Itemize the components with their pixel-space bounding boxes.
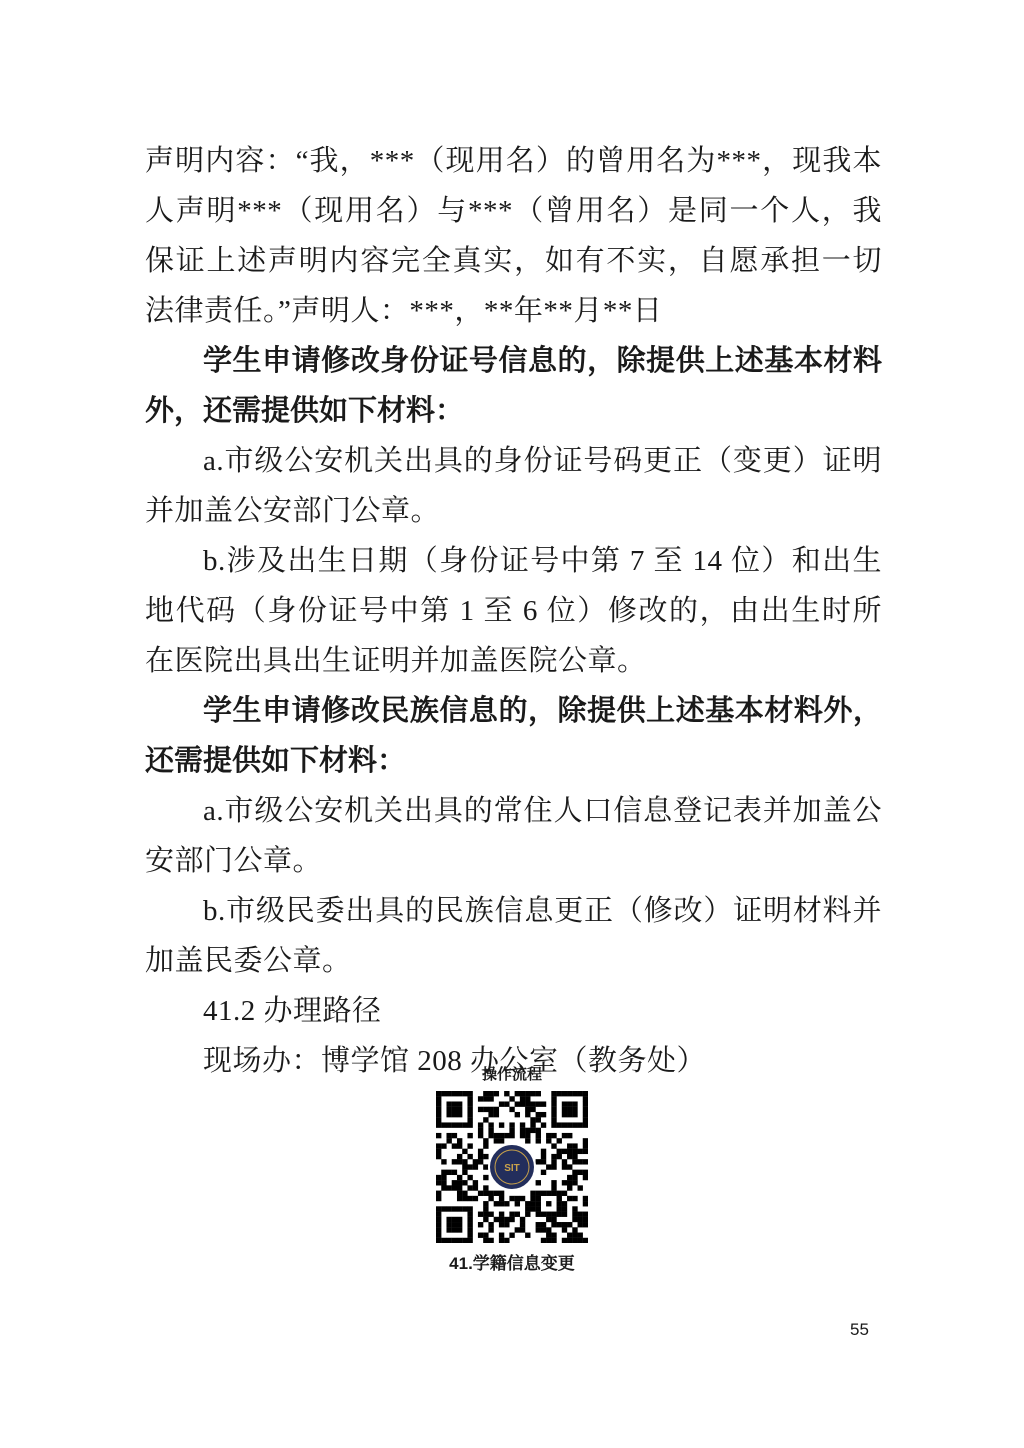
svg-text:SIT: SIT — [504, 1163, 520, 1174]
item-a-household-registration: a.市级公安机关出具的常住人口信息登记表并加盖公安部门公章。 — [145, 786, 882, 886]
item-b-ethnicity-certificate: b.市级民委出具的民族信息更正（修改）证明材料并加盖民委公章。 — [145, 886, 882, 986]
qr-section: 操作流程 SIT 41.学籍信息变更 — [0, 1066, 1024, 1274]
qr-caption: 41.学籍信息变更 — [449, 1249, 575, 1274]
page-number: 55 — [850, 1320, 869, 1340]
heading-id-number-change: 学生申请修改身份证号信息的，除提供上述基本材料外，还需提供如下材料： — [145, 336, 882, 436]
heading-ethnicity-change: 学生申请修改民族信息的，除提供上述基本材料外，还需提供如下材料： — [145, 686, 882, 786]
document-body: 声明内容：“我，***（现用名）的曾用名为***，现我本人声明***（现用名）与… — [145, 136, 882, 1086]
qr-code: SIT — [436, 1091, 588, 1243]
section-41-2-title: 41.2 办理路径 — [145, 986, 882, 1036]
item-b-birthdate-change: b.涉及出生日期（身份证号中第 7 至 14 位）和出生地代码（身份证号中第 1… — [145, 536, 882, 686]
document-page: 声明内容：“我，***（现用名）的曾用名为***，现我本人声明***（现用名）与… — [0, 0, 1024, 1448]
item-a-id-correction: a.市级公安机关出具的身份证号码更正（变更）证明并加盖公安部门公章。 — [145, 436, 882, 536]
paragraph-declaration: 声明内容：“我，***（现用名）的曾用名为***，现我本人声明***（现用名）与… — [145, 136, 882, 336]
qr-code-image: SIT — [436, 1091, 588, 1243]
qr-label: 操作流程 — [482, 1066, 542, 1084]
